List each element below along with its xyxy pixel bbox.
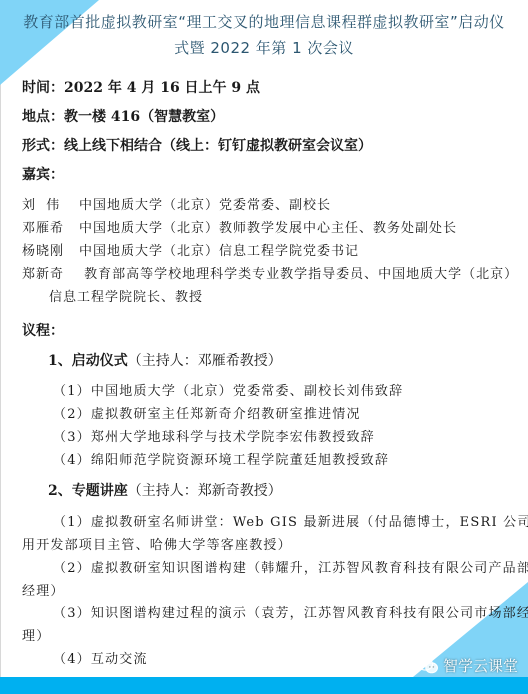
agenda-item-continued: 经理）: [22, 582, 65, 602]
title-line-1: 教育部首批虚拟教研室“理工交叉的地理信息课程群虚拟教研室”启动仪: [0, 9, 528, 35]
guest-name: 刘 伟: [22, 196, 79, 216]
guest-row: 杨晓刚中国地质大学（北京）信息工程学院党委书记: [22, 242, 359, 262]
agenda-item-continued: 理）: [22, 627, 50, 647]
guest-title: 中国地质大学（北京）党委常委、副校长: [79, 198, 331, 213]
guests-label: 嘉宾：: [22, 165, 64, 185]
section-title: 2、专题讲座: [48, 483, 128, 499]
guest-name: 杨晓刚: [22, 242, 79, 262]
agenda-section-heading: 2、专题讲座（主持人：郑新奇教授）: [48, 481, 282, 501]
wechat-icon: [417, 657, 439, 675]
page-left-border: [0, 0, 1, 677]
agenda-item: （1）虚拟教研室名师讲堂：Web GIS 最新进展（付品德博士，ESRI 公司应: [53, 513, 528, 533]
section-host: （主持人：邓雁希教授）: [128, 353, 282, 369]
guest-title: 教育部高等学校地理科学类专业教学指导委员、中国地质大学（北京）: [79, 267, 518, 282]
guest-name: 邓雁希: [22, 219, 79, 239]
document-title: 教育部首批虚拟教研室“理工交叉的地理信息课程群虚拟教研室”启动仪 式暨 2022…: [0, 9, 528, 61]
guest-row: 刘 伟中国地质大学（北京）党委常委、副校长: [22, 196, 331, 216]
agenda-item: （3）知识图谱构建过程的演示（袁芳，江苏智风教育科技有限公司市场部经: [53, 604, 528, 624]
agenda-item: （2）虚拟教研室知识图谱构建（韩耀升，江苏智风教育科技有限公司产品部: [53, 559, 528, 579]
title-line-2: 式暨 2022 年第 1 次会议: [0, 35, 528, 61]
bottom-bar: [0, 677, 528, 694]
guest-title-continued: 信息工程学院院长、教授: [49, 288, 203, 308]
agenda-item: （2）虚拟教研室主任郑新奇介绍教研室推进情况: [53, 405, 361, 425]
guest-row: 邓雁希中国地质大学（北京）教师教学发展中心主任、教务处副处长: [22, 219, 457, 239]
agenda-item: （4）互动交流: [53, 650, 148, 670]
meeting-time: 时间：2022 年 4 月 16 日上午 9 点: [22, 78, 260, 98]
meeting-format: 形式：线上线下相结合（线上：钉钉虚拟教研室会议室）: [22, 136, 372, 156]
agenda-item-continued: 用开发部项目主管、哈佛大学等客座教授）: [22, 536, 292, 556]
agenda-item: （3）郑州大学地球科学与技术学院李宏伟教授致辞: [53, 428, 375, 448]
agenda-item: （4）绵阳师范学院资源环境工程学院董廷旭教授致辞: [53, 451, 389, 471]
guest-row: 郑新奇 教育部高等学校地理科学类专业教学指导委员、中国地质大学（北京）: [22, 265, 518, 285]
guest-title: 中国地质大学（北京）信息工程学院党委书记: [79, 244, 359, 259]
meeting-place: 地点：教一楼 416（智慧教室）: [22, 107, 224, 127]
watermark: 智学云课堂: [417, 655, 518, 676]
guest-name: 郑新奇: [22, 265, 79, 285]
section-title: 1、启动仪式: [48, 353, 128, 369]
agenda-label: 议程：: [22, 321, 64, 341]
section-host: （主持人：郑新奇教授）: [128, 483, 282, 499]
watermark-text: 智学云课堂: [443, 655, 518, 676]
agenda-section-heading: 1、启动仪式（主持人：邓雁希教授）: [48, 351, 282, 371]
agenda-item: （1）中国地质大学（北京）党委常委、副校长刘伟致辞: [53, 382, 403, 402]
guest-title: 中国地质大学（北京）教师教学发展中心主任、教务处副处长: [79, 221, 457, 236]
